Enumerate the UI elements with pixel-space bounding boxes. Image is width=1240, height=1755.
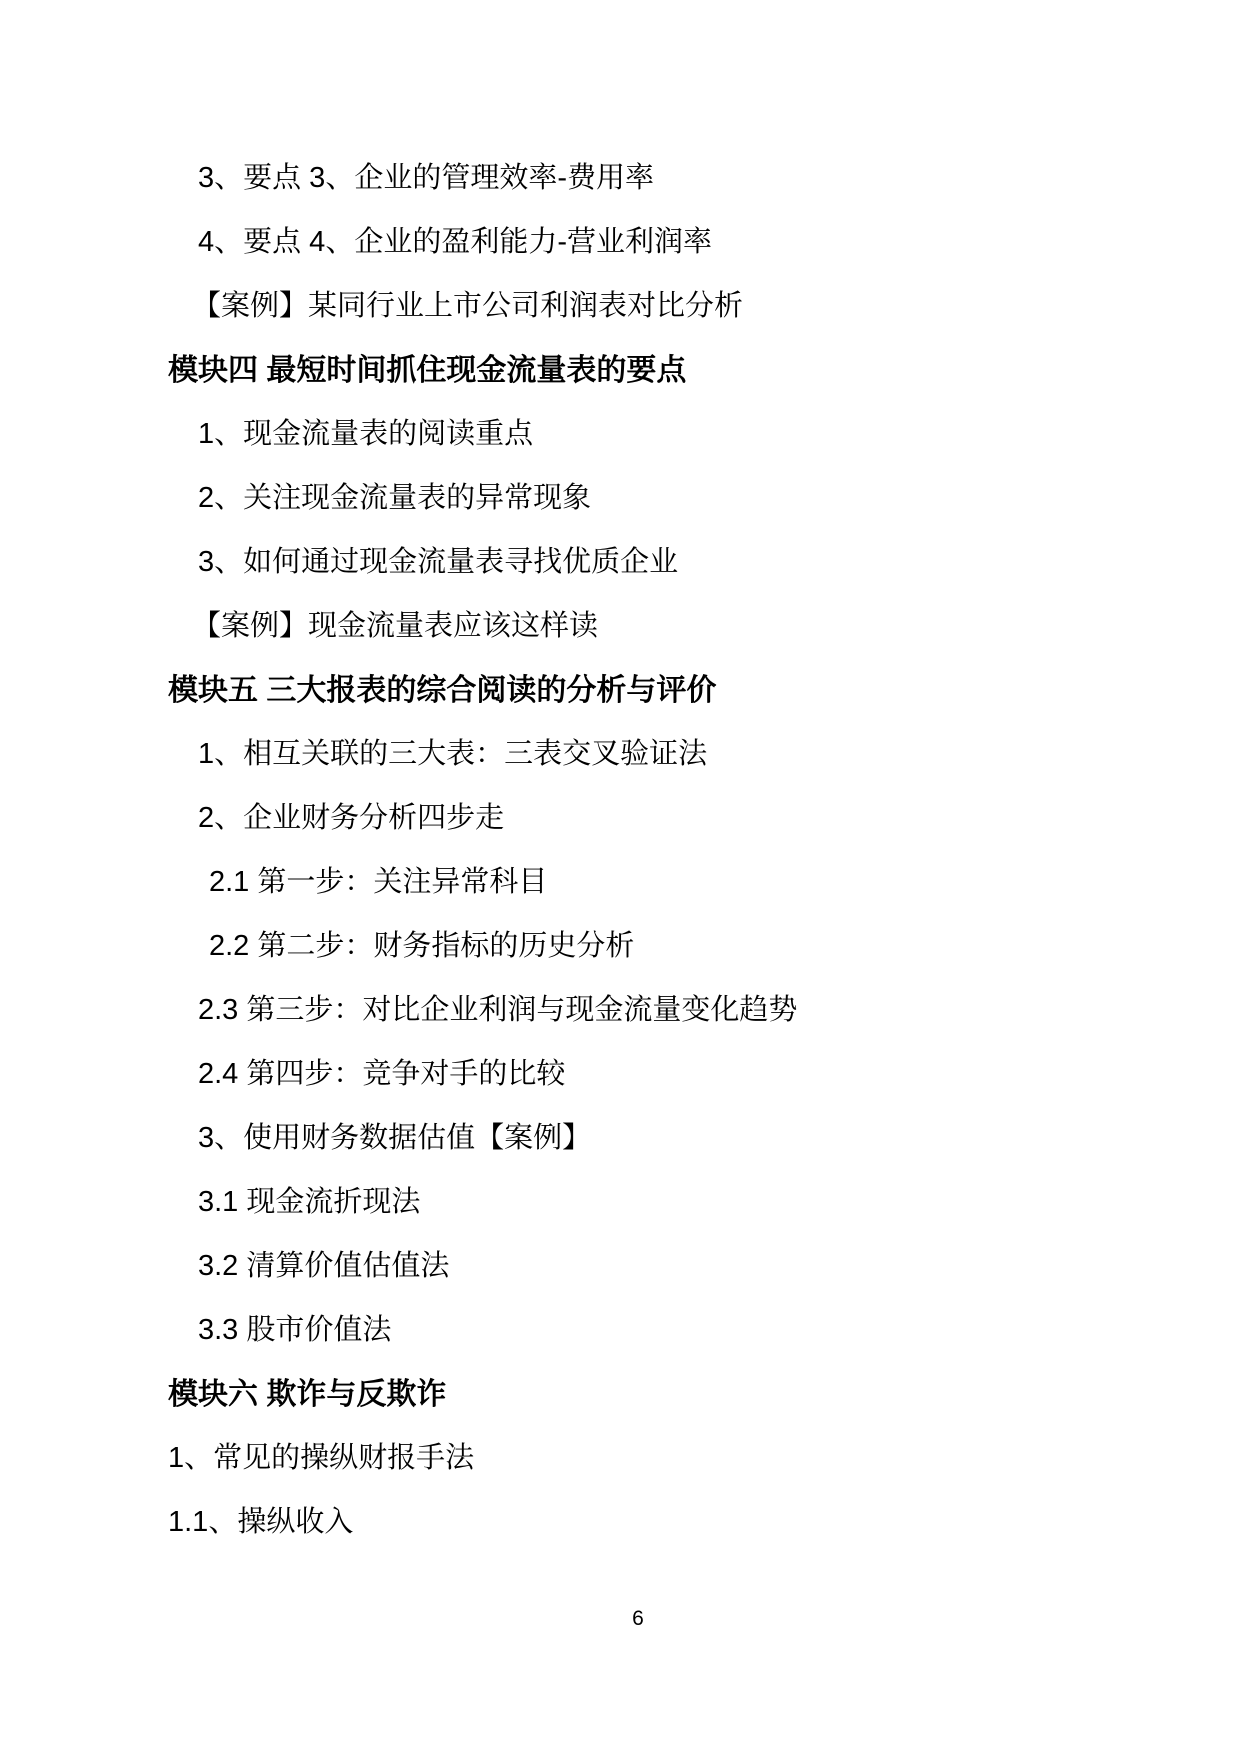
outline-heading: 模块四 最短时间抓住现金流量表的要点 <box>168 352 1140 389</box>
outline-line: 3、使用财务数据估值【案例】 <box>198 1120 1140 1157</box>
outline-line: 3.2 清算价值估值法 <box>198 1248 1140 1285</box>
outline-line: 2.4 第四步：竞争对手的比较 <box>198 1056 1140 1093</box>
outline-line: 2.1 第一步：关注异常科目 <box>209 864 1140 901</box>
outline-line: 1、常见的操纵财报手法 <box>168 1440 1140 1477</box>
outline-line: 1、相互关联的三大表：三表交叉验证法 <box>198 736 1140 773</box>
outline-line: 【案例】某同行业上市公司利润表对比分析 <box>192 288 1140 325</box>
outline-line: 1.1、操纵收入 <box>168 1504 1140 1541</box>
outline-line: 3、如何通过现金流量表寻找优质企业 <box>198 544 1140 581</box>
page-footer: 6 <box>168 1606 1108 1632</box>
outline-line: 3、要点 3、企业的管理效率-费用率 <box>198 160 1140 197</box>
outline-heading: 模块六 欺诈与反欺诈 <box>168 1376 1140 1413</box>
document-outline: 3、要点 3、企业的管理效率-费用率4、要点 4、企业的盈利能力-营业利润率【案… <box>168 160 1140 1568</box>
outline-line: 2.2 第二步：财务指标的历史分析 <box>209 928 1140 965</box>
outline-line: 3.1 现金流折现法 <box>198 1184 1140 1221</box>
outline-line: 3.3 股市价值法 <box>198 1312 1140 1349</box>
document-page: 3、要点 3、企业的管理效率-费用率4、要点 4、企业的盈利能力-营业利润率【案… <box>0 0 1240 1755</box>
page-number: 6 <box>632 1607 644 1630</box>
outline-line: 4、要点 4、企业的盈利能力-营业利润率 <box>198 224 1140 261</box>
outline-heading: 模块五 三大报表的综合阅读的分析与评价 <box>168 672 1140 709</box>
outline-line: 2、企业财务分析四步走 <box>198 800 1140 837</box>
outline-line: 【案例】现金流量表应该这样读 <box>192 608 1140 645</box>
outline-line: 2.3 第三步：对比企业利润与现金流量变化趋势 <box>198 992 1140 1029</box>
outline-line: 2、关注现金流量表的异常现象 <box>198 480 1140 517</box>
outline-line: 1、现金流量表的阅读重点 <box>198 416 1140 453</box>
